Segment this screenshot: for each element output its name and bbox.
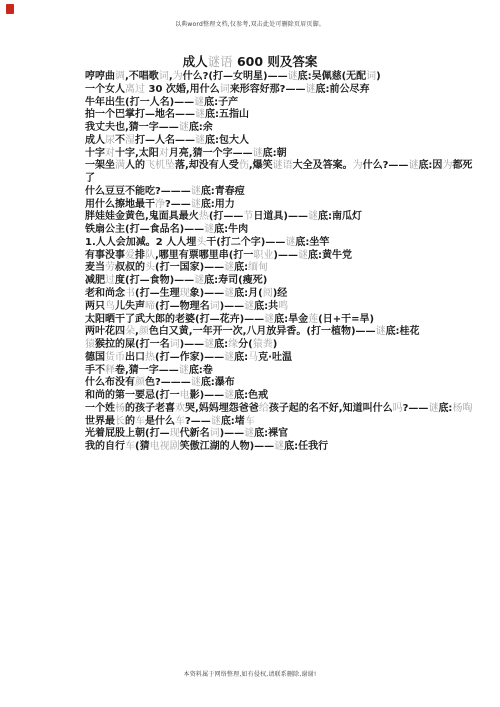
riddle-line: 哼哼曲调,不唱歌词,为什么?(打—女明星)——谜底:吴佩慈(无配词) [85,71,485,84]
riddle-line: 我丈夫也,猜一字——谜底:余 [85,122,485,135]
riddle-line: 胖娃娃金黄色,鬼面具最火热(打——节日道具)——谜底:南瓜灯 [85,211,485,224]
riddle-line: 老和尚念书(打—生理现象)——谜底:月(阅)经 [85,288,485,301]
riddle-line: 成人尿不湿打—人名——谜底:包大人 [85,135,485,148]
riddle-line: 世界最长的车是什么车?——谜底:堵车 [85,416,485,429]
riddle-line: 了 [85,173,485,186]
riddle-line: 牛年出生(打一人名)——谜底:子产 [85,97,485,110]
riddle-line: 麦当劳叔叔的头(打一国家)——谜底:缅甸 [85,262,485,275]
riddle-line: 和尚的第一要忌(打一电影)——谜底:色戒 [85,390,485,403]
document-page: 以典word整理文档,仅参考,双击此处可删除页眉页脚。 成人谜语 600 则及答… [0,0,500,707]
riddle-line: 一个女人离过 30 次婚,用什么词来形容好那?——谜底:前公尽弃 [85,84,485,97]
riddle-line: 1.人人会加减。2 人人埋头干(打二个字)——谜底:坐竿 [85,237,485,250]
footer-note: 本资料属于网络整理,如有侵权,请联系删除,谢谢! [0,669,500,678]
riddle-line: 两只鸟儿失声啼(打—物理名词)——谜底:共鸣 [85,301,485,314]
riddle-line: 有事没事爱排队,哪里有票哪里串(打一职业)——谜底:黄牛党 [85,250,485,263]
riddle-line: 十字对十字,太阳对月亮,猜一个字——谜底:朝 [85,148,485,161]
riddle-list: 哼哼曲调,不唱歌词,为什么?(打—女明星)——谜底:吴佩慈(无配词)一个女人离过… [85,71,485,454]
riddle-line: 光着屁股上朝(打—现代新名词)——谜底:裸官 [85,428,485,441]
riddle-line: 一架坐满人的飞机坠落,却没有人受伤,爆笑谜语大全及答案。为什么?——谜底:因为都… [85,160,485,173]
riddle-line: 减肥过度(打—食物)——谜底:寿司(瘦死) [85,275,485,288]
riddle-line: 太阳晒干了武大郎的老婆(打—花卉)——谜底:旱金莲(日+干=旱) [85,314,485,327]
page-title: 成人谜语 600 则及答案 [0,52,500,70]
riddle-line: 两叶花四朵,颜色白又黄,一年开一次,八月放异香。(打一植物)——谜底:桂花 [85,326,485,339]
riddle-line: 什么布没有颜色?———谜底:瀑布 [85,377,485,390]
riddle-line: 铁扇公主(打—食品名)——谜底:牛肉 [85,224,485,237]
riddle-line: 猿猴拉的屎(打一名词)——谜底:缘分(猿粪) [85,339,485,352]
watermark-logo-icon [6,4,14,14]
header-note: 以典word整理文档,仅参考,双击此处可删除页眉页脚。 [0,19,500,28]
riddle-line: 拍一个巴掌打—地名——谜底:五指山 [85,109,485,122]
riddle-line: 手不释卷,猜一字——谜底:卷 [85,365,485,378]
riddle-line: 德国货币出口热(打—作家)——谜底:马克·吐温 [85,352,485,365]
riddle-line: 一个姓杨的孩子老喜欢哭,妈妈埋怨爸爸给孩子起的名不好,知道叫什么吗?——谜底:杨… [85,403,485,416]
riddle-line: 用什么擦地最干净?——谜底:用力 [85,199,485,212]
riddle-line: 什么豆豆不能吃?———谜底:青春痘 [85,186,485,199]
riddle-line: 我的自行车(猜电视剧笑傲江湖的人物)——谜底:任我行 [85,441,485,454]
